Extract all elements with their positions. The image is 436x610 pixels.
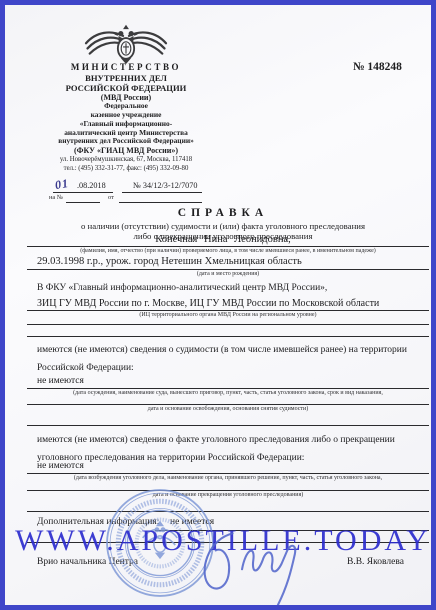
certificate-subtitle-1: о наличии (отсутствии) судимости и (или)…: [5, 221, 436, 231]
letterhead-address: ул. Новочерёмушкинская, 67, Москва, 1174…: [33, 156, 219, 164]
rule: [53, 192, 113, 193]
prosecution-caption-1: (дата возбуждения уголовного дела, наиме…: [27, 475, 429, 481]
reply-to-label: на №: [49, 194, 63, 201]
conviction-caption-2: дата и основание освобождения, основания…: [27, 406, 429, 412]
rule: [119, 202, 202, 203]
rule: [27, 246, 429, 247]
name-caption: (фамилия, имя, отчество (при наличии) пр…: [27, 248, 429, 254]
outgoing-date: .08.2018: [77, 181, 106, 190]
mvd-eagle-emblem-icon: [78, 24, 174, 64]
certificate-title: СПРАВКА: [5, 207, 436, 219]
prosecution-result: не имеются: [37, 461, 84, 471]
rule: [27, 425, 429, 426]
rule: [66, 202, 100, 203]
letterhead-line: МИНИСТЕРСТВО: [33, 62, 219, 73]
rule: [27, 388, 429, 389]
conviction-caption-1: (дата осуждения, наименование суда, выне…: [27, 390, 429, 396]
reply-from-label: от: [108, 194, 114, 201]
prosecution-caption-2: дата и основание прекращения уголовного …: [27, 492, 429, 498]
rule: [122, 192, 202, 193]
birth-caption: (дата и место рождения): [27, 271, 429, 277]
handwritten-day-ink: 01: [54, 176, 70, 193]
conviction-statement: имеются (не имеются) сведения о судимост…: [37, 341, 412, 377]
checked-in-line-1: В ФКУ «Главный информационно-аналитическ…: [37, 283, 327, 293]
checked-in-line-2: ЗИЦ ГУ МВД России по г. Москве, ИЦ ГУ МВ…: [37, 298, 379, 309]
letterhead-phone: тел.: (495) 332-31-77, факс: (495) 332-0…: [33, 165, 219, 173]
prosecution-statement: имеются (не имеются) сведения о факте уг…: [37, 431, 412, 467]
signature-ink-icon: [193, 503, 325, 610]
rule: [27, 490, 429, 491]
certificate-page: № 148248 МИНИСТЕРСТВО ВНУТРЕННИХ ДЕЛ РОС…: [0, 0, 436, 610]
letterhead-line: РОССИЙСКОЙ ФЕДЕРАЦИИ: [33, 83, 219, 93]
rule: [27, 310, 429, 311]
rule: [27, 473, 429, 474]
conviction-result: не имеются: [37, 376, 84, 386]
letterhead-line: внутренних дел Российской Федерации»: [33, 137, 219, 146]
outgoing-number: № 34/12/3-12/7070: [133, 181, 197, 190]
letterhead-line: (ФКУ «ГИАЦ МВД России»): [33, 146, 219, 155]
subject-full-name: Конечная Нина Леонидовна,: [5, 234, 436, 245]
rule: [27, 269, 429, 270]
document-number: № 148248: [353, 61, 402, 73]
letterhead-line: ВНУТРЕННИХ ДЕЛ: [33, 73, 219, 83]
letterhead: МИНИСТЕРСТВО ВНУТРЕННИХ ДЕЛ РОССИЙСКОЙ Ф…: [33, 62, 219, 173]
rule: [27, 404, 429, 405]
checked-in-caption: (ИЦ территориального органа МВД России н…: [27, 312, 429, 318]
birth-info: 29.03.1998 г.р., урож. город Нетешин Хме…: [37, 256, 302, 267]
rule: [27, 336, 429, 337]
signer-name: В.В. Яковлева: [347, 557, 404, 567]
rule: [27, 324, 429, 325]
